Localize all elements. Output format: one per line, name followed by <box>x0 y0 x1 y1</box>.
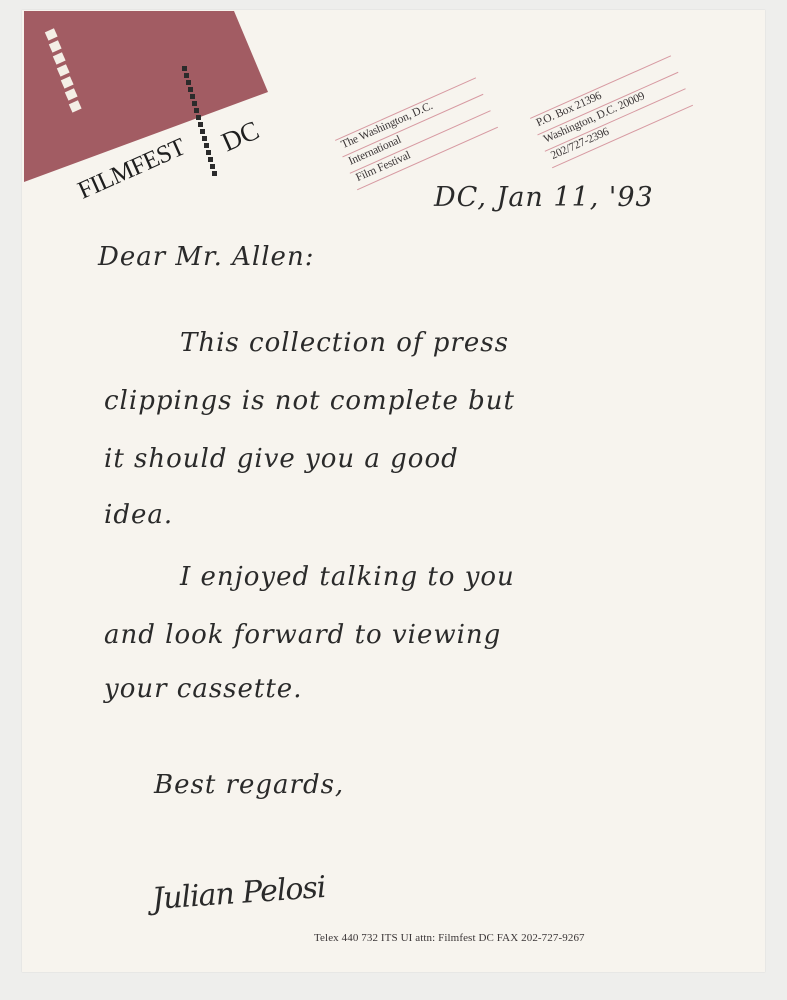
dateline: DC, Jan 11, '93 <box>434 182 654 213</box>
closing: Best regards, <box>154 770 344 800</box>
festival-name-block: The Washington, D.C. International Film … <box>335 77 498 190</box>
body-line: I enjoyed talking to you <box>180 562 515 592</box>
body-line: and look forward to viewing <box>104 620 501 650</box>
filmstrip-icon <box>22 10 282 210</box>
body-line: it should give you a good <box>104 444 459 474</box>
mailing-address-block: P.O. Box 21396 Washington, D.C. 20009 20… <box>530 55 693 168</box>
body-line: your cassette. <box>104 674 302 704</box>
letterhead-footer: Telex 440 732 ITS UI attn: Filmfest DC F… <box>314 932 585 944</box>
signature: Julian Pelosi <box>151 870 327 917</box>
body-line: clippings is not complete but <box>104 386 515 416</box>
letter-page: FILMFEST DC The Washington, D.C. Interna… <box>22 10 765 972</box>
body-line: idea. <box>104 500 173 530</box>
salutation: Dear Mr. Allen: <box>98 242 314 272</box>
body-line: This collection of press <box>180 328 509 358</box>
filmfest-dc-logo: FILMFEST DC <box>22 10 282 210</box>
